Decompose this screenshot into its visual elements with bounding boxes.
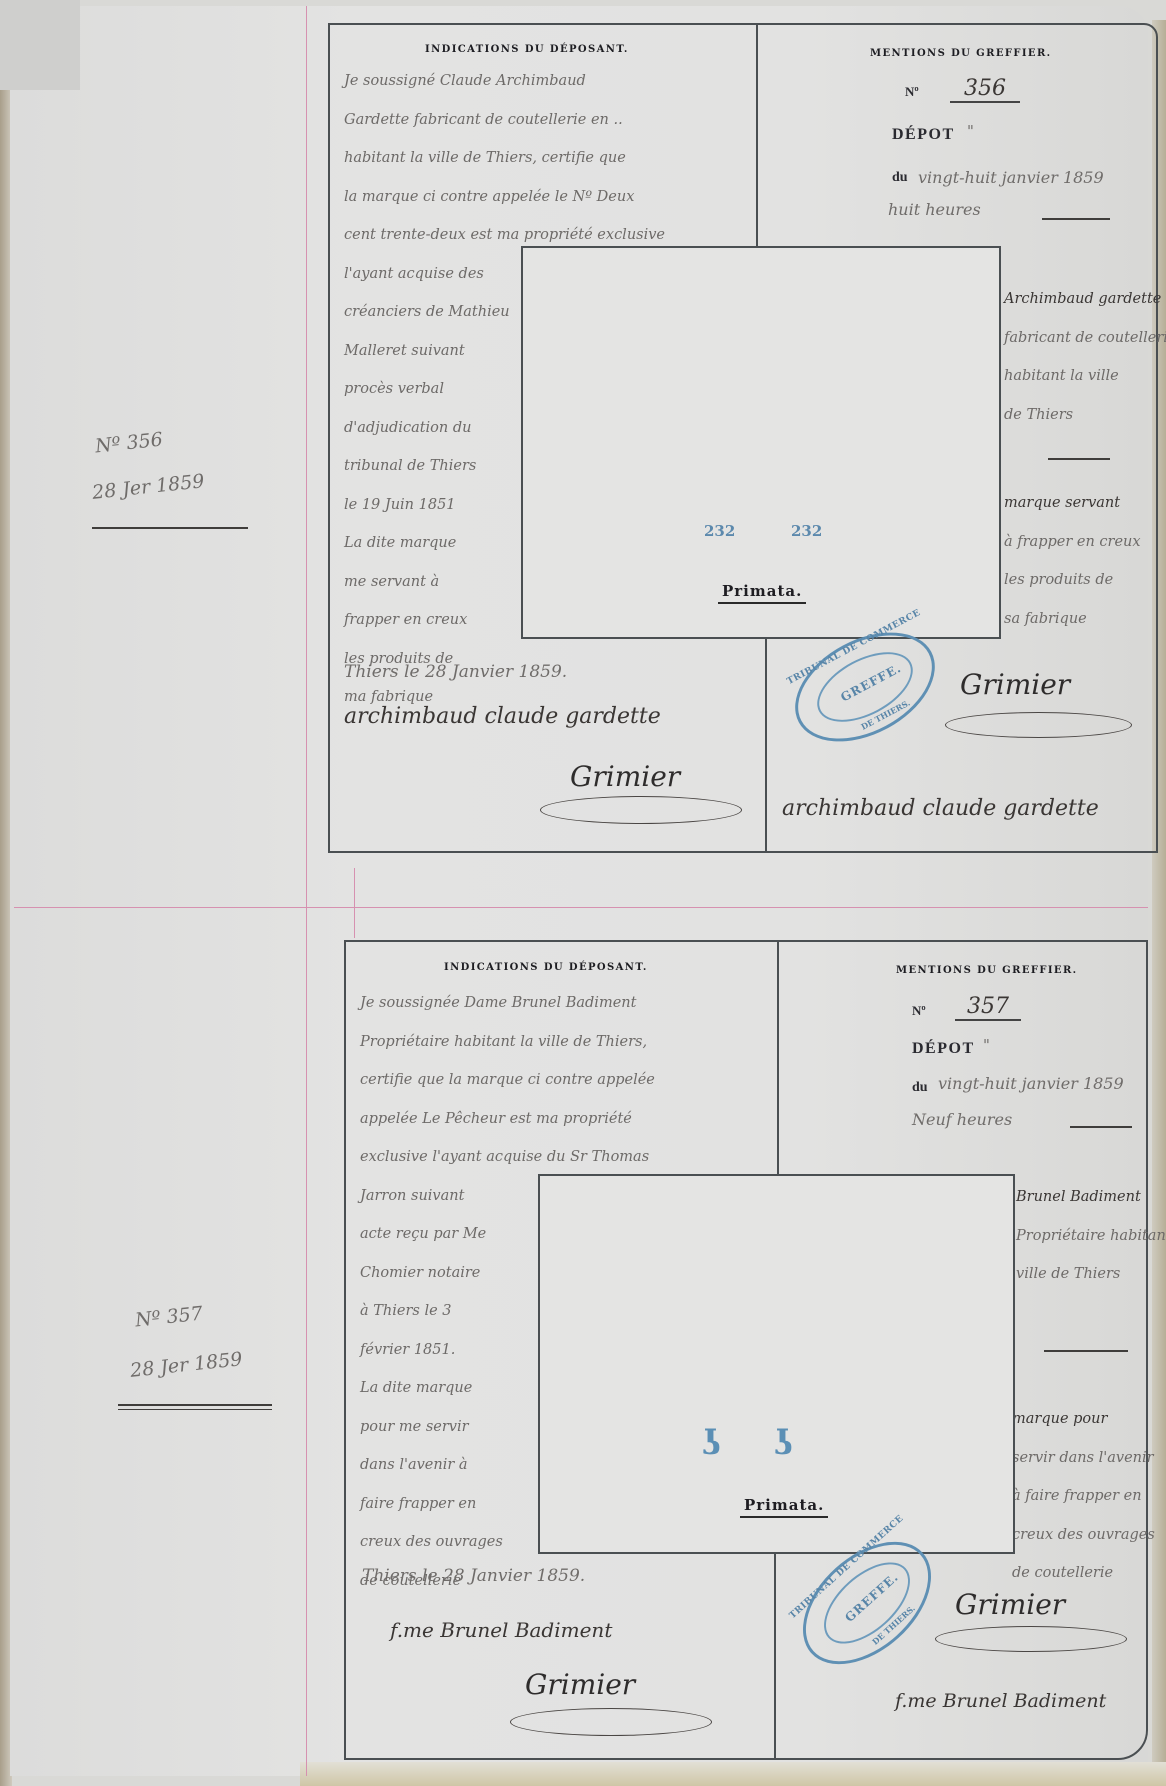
depot-label: DÉPOT bbox=[892, 126, 955, 144]
depot-ditto: " bbox=[967, 122, 974, 140]
deposit-hour: huit heures bbox=[888, 200, 981, 219]
clerk-heading: MENTIONS DU GREFFIER. bbox=[896, 965, 1078, 976]
redacted-corner bbox=[0, 0, 80, 90]
mark-impression-2: ʖ bbox=[774, 1423, 793, 1463]
mark-impression-2: 232 bbox=[791, 522, 822, 540]
number-label: Nº bbox=[912, 1003, 926, 1019]
clerk-signature-left: Grimier bbox=[570, 760, 680, 793]
clerk-signature-right: Grimier bbox=[955, 1588, 1065, 1621]
number-label: Nº bbox=[905, 84, 919, 100]
declaration-date: Thiers le 28 Janvier 1859. bbox=[344, 662, 567, 682]
depot-label: DÉPOT bbox=[912, 1040, 975, 1058]
margin-rule-vertical bbox=[306, 6, 307, 1776]
clerk-rule bbox=[1070, 1126, 1132, 1128]
margin-note-underline-2 bbox=[118, 1409, 272, 1410]
entry-number: 357 bbox=[955, 994, 1021, 1021]
trademark-box: ʖ ʖ Primata. bbox=[538, 1174, 1015, 1554]
signature-flourish bbox=[945, 712, 1132, 738]
depositor-signature-clerk-side: f.me Brunel Badiment bbox=[895, 1690, 1106, 1712]
depositor-signature: f.me Brunel Badiment bbox=[390, 1618, 612, 1642]
mark-impression-1: ʖ bbox=[702, 1423, 721, 1463]
page-bottom-edge bbox=[300, 1762, 1166, 1786]
clerk-signature-left: Grimier bbox=[525, 1668, 635, 1701]
signature-flourish bbox=[935, 1626, 1127, 1652]
trademark-box: 232 232 Primata. bbox=[521, 246, 1001, 639]
date-label: du bbox=[892, 170, 908, 186]
signature-flourish bbox=[540, 796, 742, 824]
depositor-signature-clerk-side: archimbaud claude gardette bbox=[782, 796, 1099, 821]
margin-rule-tick bbox=[354, 868, 355, 938]
depositor-heading: INDICATIONS DU DÉPOSANT. bbox=[425, 44, 629, 55]
column-divider-lower bbox=[774, 1552, 776, 1758]
column-divider-upper bbox=[756, 23, 758, 248]
entry-number: 356 bbox=[950, 76, 1020, 103]
depositor-heading: INDICATIONS DU DÉPOSANT. bbox=[444, 962, 648, 973]
clerk-notes: Brunel Badiment Propriétaire habitant la… bbox=[1016, 1178, 1166, 1294]
mark-caption: Primata. bbox=[740, 1496, 828, 1518]
depositor-signature: archimbaud claude gardette bbox=[344, 704, 661, 729]
margin-note-underline bbox=[92, 527, 248, 529]
deposit-date: vingt-huit janvier 1859 bbox=[918, 168, 1104, 187]
date-label: du bbox=[912, 1080, 928, 1096]
mark-caption: Primata. bbox=[718, 582, 806, 604]
column-divider-upper bbox=[777, 940, 779, 1176]
deposit-hour: Neuf heures bbox=[912, 1110, 1012, 1129]
declaration-date: Thiers le 28 Janvier 1859. bbox=[362, 1566, 585, 1586]
clerk-notes-mark-use: marque servant à frapper en creux les pr… bbox=[1004, 484, 1141, 638]
deposit-date: vingt-huit janvier 1859 bbox=[938, 1074, 1124, 1093]
clerk-signature-right: Grimier bbox=[960, 668, 1070, 701]
margin-note-underline bbox=[118, 1404, 272, 1406]
clerk-notes-rule bbox=[1048, 458, 1110, 460]
clerk-notes-mark-use: marque pour servir dans l'avenir à faire… bbox=[1012, 1400, 1155, 1593]
mark-impression-1: 232 bbox=[704, 522, 735, 540]
margin-rule-horizontal bbox=[14, 907, 1148, 908]
column-divider-lower bbox=[765, 636, 767, 852]
clerk-rule bbox=[1042, 218, 1110, 220]
clerk-notes-rule bbox=[1044, 1350, 1128, 1352]
clerk-notes: Archimbaud gardette fabricant de coutell… bbox=[1004, 280, 1166, 434]
signature-flourish bbox=[510, 1708, 712, 1736]
depot-ditto: " bbox=[983, 1036, 990, 1054]
clerk-heading: MENTIONS DU GREFFIER. bbox=[870, 48, 1052, 59]
